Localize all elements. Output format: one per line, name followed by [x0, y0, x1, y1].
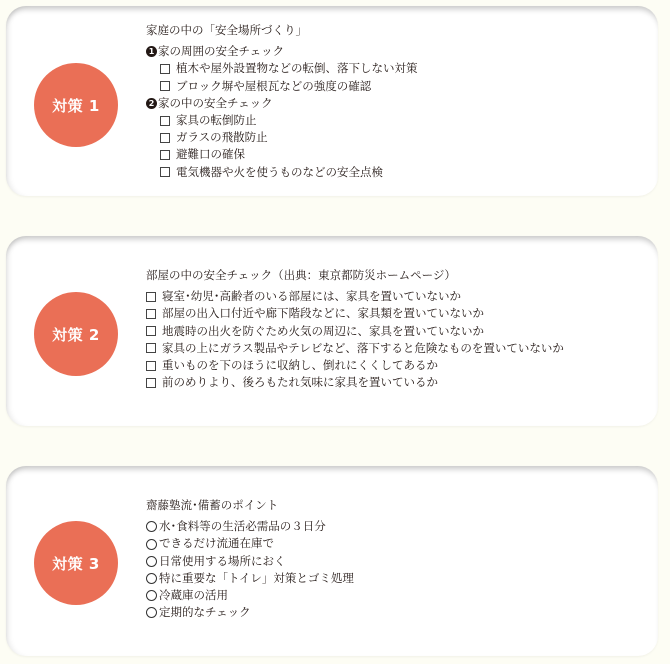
checkbox-icon[interactable] [160, 81, 170, 91]
point-item: 定期的なチェック [146, 604, 354, 621]
point-item: できるだけ流通在庫で [146, 535, 354, 552]
checklist-item[interactable]: 植木や屋外設置物などの転倒、落下しない対策 [146, 60, 418, 77]
circle-bullet-icon [146, 607, 157, 618]
card-measure-2: 対策 2 部屋の中の安全チェック（出典：東京都防災ホームページ） 寝室･幼児･高… [6, 236, 658, 426]
checkbox-icon[interactable] [160, 150, 170, 160]
checklist-item-text: 前のめりより、後ろもたれ気味に家具を置いているか [162, 374, 438, 391]
number-2-icon: 2 [146, 98, 157, 109]
point-item-text: 日常使用する場所におく [159, 553, 286, 570]
point-item-text: 冷蔵庫の活用 [159, 587, 228, 604]
card-measure-1: 対策 1 家庭の中の「安全場所づくり」 1 家の周囲の安全チェック 植木や屋外設… [6, 6, 658, 196]
checkbox-icon[interactable] [146, 309, 156, 319]
badge-measure-1: 対策 1 [34, 63, 118, 147]
point-item-text: 水･食料等の生活必需品の３日分 [159, 518, 326, 535]
point-item: 日常使用する場所におく [146, 553, 354, 570]
checklist-item-text: ブロック塀や屋根瓦などの強度の確認 [176, 78, 371, 95]
checkbox-icon[interactable] [160, 167, 170, 177]
point-item: 水･食料等の生活必需品の３日分 [146, 518, 354, 535]
card-2-title: 部屋の中の安全チェック（出典：東京都防災ホームページ） [146, 267, 564, 284]
circle-bullet-icon [146, 521, 157, 532]
checkbox-icon[interactable] [160, 64, 170, 74]
card-3-title: 齋藤塾流･備蓄のポイント [146, 497, 354, 514]
checklist-item[interactable]: 寝室･幼児･高齢者のいる部屋には、家具を置いていないか [146, 288, 564, 305]
checklist-item[interactable]: ブロック塀や屋根瓦などの強度の確認 [146, 78, 418, 95]
checklist-item[interactable]: 電気機器や火を使うものなどの安全点検 [146, 164, 418, 181]
checklist-item[interactable]: 地震時の出火を防ぐため火気の周辺に、家具を置いていないか [146, 323, 564, 340]
point-item-text: 定期的なチェック [159, 604, 251, 621]
card-3-content: 齋藤塾流･備蓄のポイント 水･食料等の生活必需品の３日分 できるだけ流通在庫で … [146, 497, 354, 621]
card-1-content: 家庭の中の「安全場所づくり」 1 家の周囲の安全チェック 植木や屋外設置物などの… [146, 22, 418, 181]
circle-bullet-icon [146, 539, 157, 550]
section-heading-2: 2 家の中の安全チェック [146, 95, 418, 112]
badge-measure-3: 対策 3 [34, 521, 118, 605]
checklist-item-text: 電気機器や火を使うものなどの安全点検 [176, 164, 383, 181]
checkbox-icon[interactable] [146, 292, 156, 302]
checkbox-icon[interactable] [146, 326, 156, 336]
section-heading-1: 1 家の周囲の安全チェック [146, 43, 418, 60]
checklist-item-text: ガラスの飛散防止 [176, 129, 268, 146]
checklist-item-text: 避難口の確保 [176, 146, 245, 163]
checkbox-icon[interactable] [146, 378, 156, 388]
checklist-item-text: 家具の転倒防止 [176, 112, 257, 129]
checklist-item-text: 部屋の出入口付近や廊下階段などに、家具類を置いていないか [162, 305, 484, 322]
checkbox-icon[interactable] [160, 116, 170, 126]
checkbox-icon[interactable] [146, 343, 156, 353]
card-1-title: 家庭の中の「安全場所づくり」 [146, 22, 418, 39]
checklist-item[interactable]: 避難口の確保 [146, 146, 418, 163]
checklist-item-text: 重いものを下のほうに収納し、倒れにくくしてあるか [162, 357, 438, 374]
checklist-item-text: 寝室･幼児･高齢者のいる部屋には、家具を置いていないか [162, 288, 461, 305]
checkbox-icon[interactable] [146, 361, 156, 371]
badge-measure-2: 対策 2 [34, 292, 118, 376]
checklist-item-text: 地震時の出火を防ぐため火気の周辺に、家具を置いていないか [162, 323, 484, 340]
point-item-text: 特に重要な「トイレ」対策とゴミ処理 [159, 570, 354, 587]
point-item-text: できるだけ流通在庫で [159, 535, 274, 552]
card-2-content: 部屋の中の安全チェック（出典：東京都防災ホームページ） 寝室･幼児･高齢者のいる… [146, 267, 564, 391]
point-item: 冷蔵庫の活用 [146, 587, 354, 604]
checklist-item[interactable]: 部屋の出入口付近や廊下階段などに、家具類を置いていないか [146, 305, 564, 322]
circle-bullet-icon [146, 590, 157, 601]
point-item: 特に重要な「トイレ」対策とゴミ処理 [146, 570, 354, 587]
checklist-item[interactable]: 重いものを下のほうに収納し、倒れにくくしてあるか [146, 357, 564, 374]
card-measure-3: 対策 3 齋藤塾流･備蓄のポイント 水･食料等の生活必需品の３日分 できるだけ流… [6, 466, 658, 656]
circle-bullet-icon [146, 556, 157, 567]
circle-bullet-icon [146, 573, 157, 584]
checklist-item-text: 家具の上にガラス製品やテレビなど、落下すると危険なものを置いていないか [162, 340, 564, 357]
checklist-item-text: 植木や屋外設置物などの転倒、落下しない対策 [176, 60, 418, 77]
checklist-item[interactable]: 家具の上にガラス製品やテレビなど、落下すると危険なものを置いていないか [146, 340, 564, 357]
section-heading-2-text: 家の中の安全チェック [158, 95, 273, 112]
checkbox-icon[interactable] [160, 133, 170, 143]
number-1-icon: 1 [146, 46, 157, 57]
checklist-item[interactable]: ガラスの飛散防止 [146, 129, 418, 146]
checklist-item[interactable]: 家具の転倒防止 [146, 112, 418, 129]
checklist-item[interactable]: 前のめりより、後ろもたれ気味に家具を置いているか [146, 374, 564, 391]
section-heading-1-text: 家の周囲の安全チェック [158, 43, 284, 60]
